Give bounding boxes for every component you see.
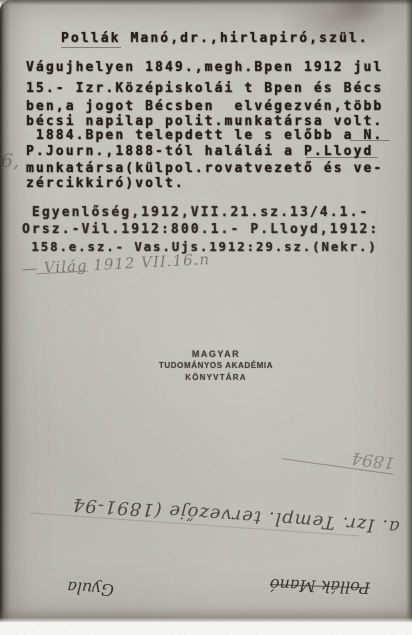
stamp-line: TUDOMÁNYOS AKADÉMIA <box>148 360 284 372</box>
body-line: zércikkiró)volt. <box>26 176 185 192</box>
reference-line: Orsz.-Vil.1912:800.1.- P.Lloyd,1912: <box>22 222 379 238</box>
card-photo: Pollák Manó,dr.,hirlapiró,szül. Vágujhel… <box>0 0 412 635</box>
reference-line: Egyenlőség,1912,VII.21.sz.13/4.1.- <box>22 205 369 221</box>
body-line: 15.- Izr.Középiskolái t Bpen és Bécs <box>26 81 383 97</box>
photo-bottom-margin <box>0 622 412 635</box>
library-stamp: MAGYAR TUDOMÁNYOS AKADÉMIA KÖNYVTÁRA <box>148 349 284 384</box>
body-line: ben,a jogot Bécsben elvégezvén,több <box>26 99 383 115</box>
title-underline-mark <box>61 47 121 48</box>
card-top-edge <box>0 0 412 5</box>
body-line: Vágujhelyen 1849.,megh.Bpen 1912 jul <box>26 60 383 76</box>
a-n-underline-mark <box>350 140 390 141</box>
card-bottom-edge <box>0 608 412 622</box>
p-lloyd-underline-mark <box>306 157 378 158</box>
body-line: 1884.Bpen telepdett le s előbb a N. <box>26 128 383 144</box>
card-title-line: Pollák Manó,dr.,hirlapiró,szül. <box>61 31 369 47</box>
stamp-line: MAGYAR <box>148 349 284 360</box>
card-right-edge <box>406 0 412 622</box>
body-line: munkatársa(külpol.rovatvezető és ve- <box>26 161 383 177</box>
card-left-edge <box>0 0 10 622</box>
stamp-line: KÖNYVTÁRA <box>148 372 284 384</box>
